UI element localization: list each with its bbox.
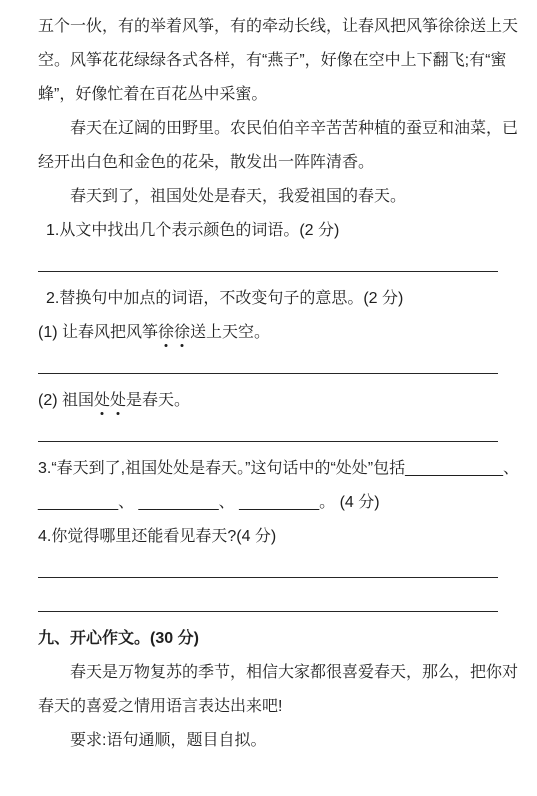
answer-rule: ________________________________________…	[38, 418, 498, 452]
item-text: (1) 让春风把风筝	[38, 324, 158, 341]
essay-prompt-line: 春天是万物复苏的季节，相信大家都很喜爱春天，那么，把你对	[38, 656, 498, 690]
passage-line: 空。风筝花花绿绿各式各样，有“燕子”，好像在空中上下翻飞;有“蜜	[38, 44, 498, 78]
answer-rule: ________________________________________…	[38, 350, 498, 384]
item-text: 送上天空。	[190, 324, 270, 341]
passage-line: 经开出白色和金色的花朵，散发出一阵阵清香。	[38, 146, 498, 180]
answer-rule: ________________________________________…	[38, 588, 498, 622]
passage-line: 春天在辽阔的田野里。农民伯伯辛辛苦苦种植的蚕豆和油菜，已	[38, 112, 498, 146]
dotted-word: 处处	[94, 392, 126, 409]
question-2-item-2: (2) 祖国处处是春天。	[38, 384, 498, 418]
essay-section-heading: 九、开心作文。(30 分)	[38, 622, 498, 656]
passage-line: 蜂”，好像忙着在百花丛中采蜜。	[38, 78, 498, 112]
passage-line: 春天到了，祖国处处是春天，我爱祖国的春天。	[38, 180, 498, 214]
question-2-item-1: (1) 让春风把风筝徐徐送上天空。	[38, 316, 498, 350]
question-3-line-2: _________、 _________、 _________。 (4 分)	[38, 486, 498, 520]
item-text: (2) 祖国	[38, 392, 94, 409]
dotted-word: 徐徐	[158, 324, 190, 341]
question-4-label: 4.你觉得哪里还能看见春天?(4 分)	[38, 520, 498, 554]
worksheet-page: 五个一伙，有的举着风筝，有的牵动长线，让春风把风筝徐徐送上天 空。风筝花花绿绿各…	[0, 0, 537, 796]
question-3-line-1: 3.“春天到了,祖国处处是春天。”这句话中的“处处”包括___________、	[38, 452, 498, 486]
essay-requirement: 要求:语句通顺，题目自拟。	[38, 724, 498, 758]
answer-rule: ________________________________________…	[38, 554, 498, 588]
answer-rule: ________________________________________…	[38, 248, 498, 282]
passage-line: 五个一伙，有的举着风筝，有的牵动长线，让春风把风筝徐徐送上天	[38, 10, 498, 44]
question-1-label: 1.从文中找出几个表示颜色的词语。(2 分)	[38, 214, 498, 248]
question-2-label: 2.替换句中加点的词语，不改变句子的意思。(2 分)	[38, 282, 498, 316]
essay-prompt-line: 春天的喜爱之情用语言表达出来吧!	[38, 690, 498, 724]
item-text: 是春天。	[126, 392, 190, 409]
